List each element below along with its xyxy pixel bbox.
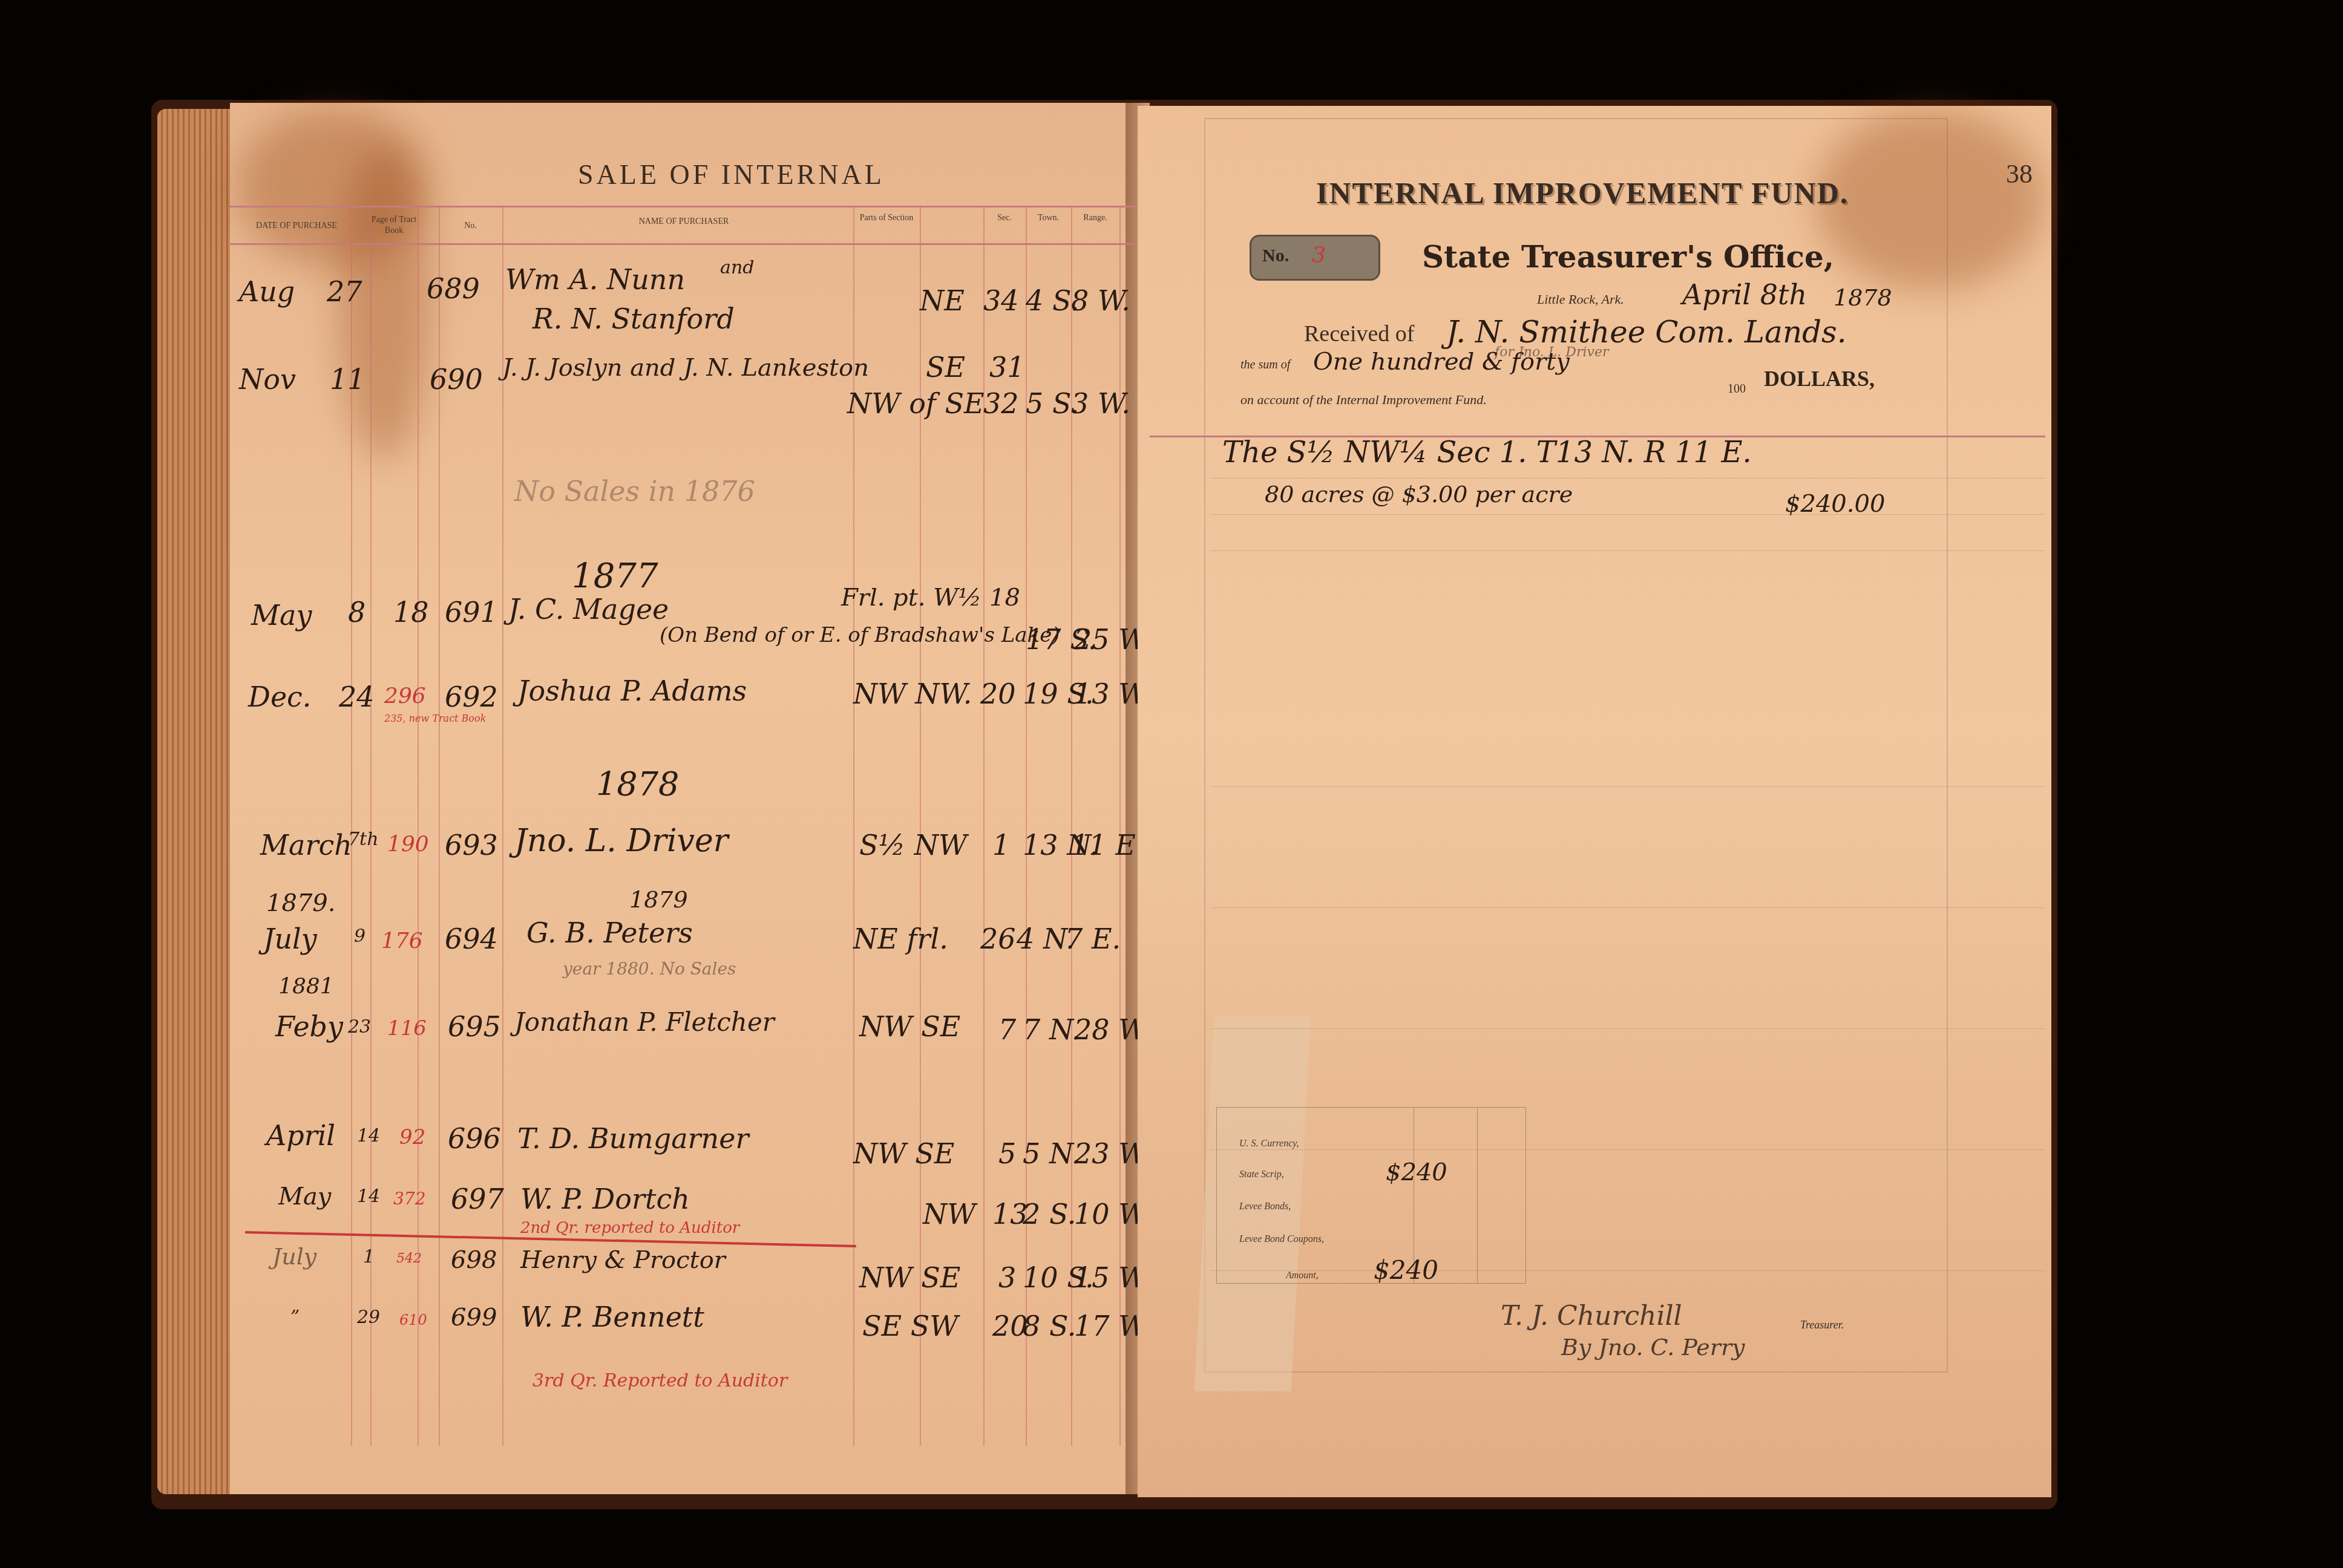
entry-red-note: 235, new Tract Book xyxy=(384,713,486,724)
entry-month: ” xyxy=(290,1307,300,1328)
treasurer-label: Treasurer. xyxy=(1800,1319,1844,1331)
entry-day: 8 xyxy=(348,596,365,629)
entry-name: J. C. Magee xyxy=(508,593,669,626)
entry-month: May xyxy=(251,599,312,632)
entry-part: NW SE xyxy=(853,1137,954,1170)
receipt-number-box: No. 3 xyxy=(1250,235,1380,281)
entry-range: 7 E. xyxy=(1065,923,1121,955)
entry-sec: 1 xyxy=(992,829,1010,861)
entry-part: S½ NW xyxy=(859,829,967,861)
entry-sec: 20 xyxy=(980,678,1016,710)
entry-no: 696 xyxy=(448,1122,501,1155)
entry-no: 693 xyxy=(445,829,498,861)
entry-sec-top: 18 xyxy=(989,584,1020,612)
description-amount: $240.00 xyxy=(1785,490,1885,518)
entry-day: 1 xyxy=(363,1246,375,1267)
entry-no: 698 xyxy=(451,1246,497,1274)
entry-month: July xyxy=(272,1243,316,1270)
entry-month: Aug xyxy=(239,275,295,308)
entry-day: 27 xyxy=(327,275,362,308)
entry-no: 690 xyxy=(430,363,483,396)
sum-label: the sum of xyxy=(1240,358,1290,372)
entry-day: 14 xyxy=(357,1125,380,1146)
entry-part: NE frl. xyxy=(853,923,948,955)
ruled-line xyxy=(1210,478,2045,479)
red-note-q2-reported: 2nd Qr. reported to Auditor xyxy=(520,1219,739,1237)
col-name: NAME OF PURCHASER xyxy=(575,217,793,227)
year-over-name-1879: 1879 xyxy=(629,886,688,913)
header-rule-bottom xyxy=(230,243,1198,245)
entry-month: Feby xyxy=(275,1010,343,1043)
page-number: 38 xyxy=(2006,158,2033,189)
entry-name: J. J. Joslyn and J. N. Lankeston xyxy=(502,354,869,382)
entry-name: Jonathan P. Fletcher xyxy=(514,1007,775,1037)
col-sec: Sec. xyxy=(983,213,1026,224)
year-heading-1878: 1878 xyxy=(596,765,679,803)
entry-sec-top: 31 xyxy=(989,351,1025,384)
entry-month: Nov xyxy=(239,363,296,396)
entry-day: 14 xyxy=(357,1186,380,1207)
year-heading-1881: 1881 xyxy=(278,974,334,999)
ruled-line xyxy=(1210,514,2045,515)
col-date: DATE OF PURCHASE xyxy=(242,221,351,232)
tally-us-currency: U. S. Currency, xyxy=(1239,1138,1299,1149)
ruled-line xyxy=(1210,907,2045,908)
receipt-no-label: No. xyxy=(1262,246,1289,266)
ruled-line xyxy=(1210,550,2045,551)
entry-no: 694 xyxy=(445,923,498,955)
column-rule xyxy=(502,206,503,1446)
entry-name-2: R. N. Stanford xyxy=(532,302,735,335)
entry-tract-page: 190 xyxy=(387,832,429,857)
note-no-sales-1876: No Sales in 1876 xyxy=(514,475,755,508)
entry-part: NW SE xyxy=(859,1010,960,1043)
col-range: Range. xyxy=(1071,213,1119,224)
entry-month: Dec. xyxy=(248,681,312,713)
entry-town: 7 N. xyxy=(1023,1013,1081,1046)
entry-month: April xyxy=(266,1119,335,1152)
entry-sec: 34 xyxy=(983,284,1019,317)
entry-part: NW of SE xyxy=(847,387,985,420)
received-of-label: Received of xyxy=(1304,321,1415,347)
entry-month: March xyxy=(260,829,352,861)
office-title: State Treasurer's Office, xyxy=(1422,239,1834,275)
entry-part: NW SE xyxy=(859,1261,960,1294)
entry-tract-page: 116 xyxy=(387,1016,427,1040)
header-rule-top xyxy=(230,206,1198,207)
entry-day: 11 xyxy=(330,363,365,396)
signed-by: By Jno. C. Perry xyxy=(1561,1334,1745,1361)
col-no: No. xyxy=(439,221,502,232)
entry-month: July xyxy=(263,923,317,955)
receipt-no-value: 3 xyxy=(1312,243,1326,267)
tally-amount: Amount, xyxy=(1286,1270,1319,1281)
entry-no: 695 xyxy=(448,1010,501,1043)
entry-range: 3 W. xyxy=(1071,387,1130,420)
entry-name: W. P. Dortch xyxy=(520,1183,690,1215)
tally-state-scrip: State Scrip, xyxy=(1239,1169,1284,1180)
entry-sec: 32 xyxy=(983,387,1019,420)
entry-tract-page: 542 xyxy=(396,1251,422,1266)
entry-range: 8 W. xyxy=(1071,284,1130,317)
entry-tract-page: 176 xyxy=(381,929,423,953)
tally-levee-bonds: Levee Bonds, xyxy=(1239,1201,1291,1212)
entry-sec: 5 xyxy=(998,1137,1016,1170)
entry-no: 697 xyxy=(451,1183,504,1215)
year-heading-1877: 1877 xyxy=(572,557,658,596)
entry-no: 699 xyxy=(451,1304,497,1331)
entry-sec: 7 xyxy=(998,1013,1016,1046)
red-note-q3-reported: 3rd Qr. Reported to Auditor xyxy=(532,1370,787,1391)
entry-sec: 26 xyxy=(980,923,1016,955)
entry-tract-page: 372 xyxy=(393,1189,425,1209)
entry-part: NE xyxy=(920,284,965,317)
left-page-title: SALE OF INTERNAL xyxy=(578,158,885,191)
amount-value: $240 xyxy=(1374,1255,1438,1285)
col-town: Town. xyxy=(1026,213,1071,224)
col-tract-page: Page of Tract Book xyxy=(370,215,418,237)
entry-part: SE SW xyxy=(862,1310,958,1342)
entry-no: 692 xyxy=(445,681,498,713)
entry-name: T. D. Bumgarner xyxy=(517,1122,749,1155)
ruled-line xyxy=(1210,786,2045,787)
entry-tract-page: 610 xyxy=(399,1312,427,1328)
entry-name: Wm A. Nunn xyxy=(505,263,685,296)
cents-fraction: 100 xyxy=(1728,382,1746,396)
land-description: The S½ NW¼ Sec 1. T13 N. R 11 E. xyxy=(1222,436,1752,469)
entry-part-top: SE xyxy=(926,351,965,384)
entry-town: 2 S. xyxy=(1023,1198,1076,1230)
state-scrip-value: $240 xyxy=(1386,1158,1447,1186)
entry-day: 9 xyxy=(354,926,365,947)
entry-name: Joshua P. Adams xyxy=(517,675,747,707)
entry-part-top: Frl. pt. W½ xyxy=(841,584,981,612)
entry-day: 29 xyxy=(357,1307,380,1328)
year-heading-1879: 1879. xyxy=(266,889,336,917)
receipt-date: April 8th xyxy=(1682,278,1807,311)
sum-value: One hundred & forty xyxy=(1313,348,1570,376)
dollars-label: DOLLARS, xyxy=(1764,366,1875,391)
entry-tract-page: 92 xyxy=(399,1125,425,1149)
fund-title: INTERNAL IMPROVEMENT FUND. xyxy=(1316,175,1849,211)
treasurer-signature: T. J. Churchill xyxy=(1501,1301,1682,1331)
acreage-rate: 80 acres @ $3.00 per acre xyxy=(1265,481,1573,508)
entry-range: 11 E. xyxy=(1071,829,1144,861)
tally-levee-coupons: Levee Bond Coupons, xyxy=(1239,1234,1324,1245)
entry-month: May xyxy=(278,1183,331,1210)
account-line: on account of the Internal Improvement F… xyxy=(1240,392,1487,408)
entry-no: 689 xyxy=(427,272,480,305)
entry-part: (On Bend of or E. of Bradshaw's Lake) xyxy=(660,623,1060,647)
entry-day: 24 xyxy=(339,681,375,713)
place-printed: Little Rock, Ark. xyxy=(1537,292,1624,307)
payment-tally-box xyxy=(1216,1107,1526,1284)
entry-name-suffix: and xyxy=(720,257,754,278)
entry-name: W. P. Bennett xyxy=(520,1301,704,1333)
entry-town: 5 N. xyxy=(1023,1137,1081,1170)
col-parts: Parts of Section xyxy=(853,213,920,224)
entry-name: Jno. L. Driver xyxy=(514,823,729,859)
ruled-line xyxy=(1210,1028,2045,1029)
entry-day: 23 xyxy=(348,1016,371,1037)
entry-town: 8 S. xyxy=(1023,1310,1076,1342)
entry-part: NW NW. xyxy=(853,678,972,710)
note-no-sales-1880: year 1880. No Sales xyxy=(563,959,736,979)
entry-sec: 3 xyxy=(998,1261,1016,1294)
receipt-year: 1878 xyxy=(1833,284,1892,311)
tally-column-rule xyxy=(1477,1108,1478,1283)
entry-tract-page: 18 xyxy=(393,596,429,629)
entry-part: NW xyxy=(923,1198,976,1230)
entry-no: 691 xyxy=(445,596,498,629)
entry-tract-page: 296 xyxy=(384,684,426,708)
entry-name: Henry & Proctor xyxy=(520,1246,726,1274)
entry-day: 7th xyxy=(348,829,378,850)
entry-name: G. B. Peters xyxy=(526,916,693,949)
